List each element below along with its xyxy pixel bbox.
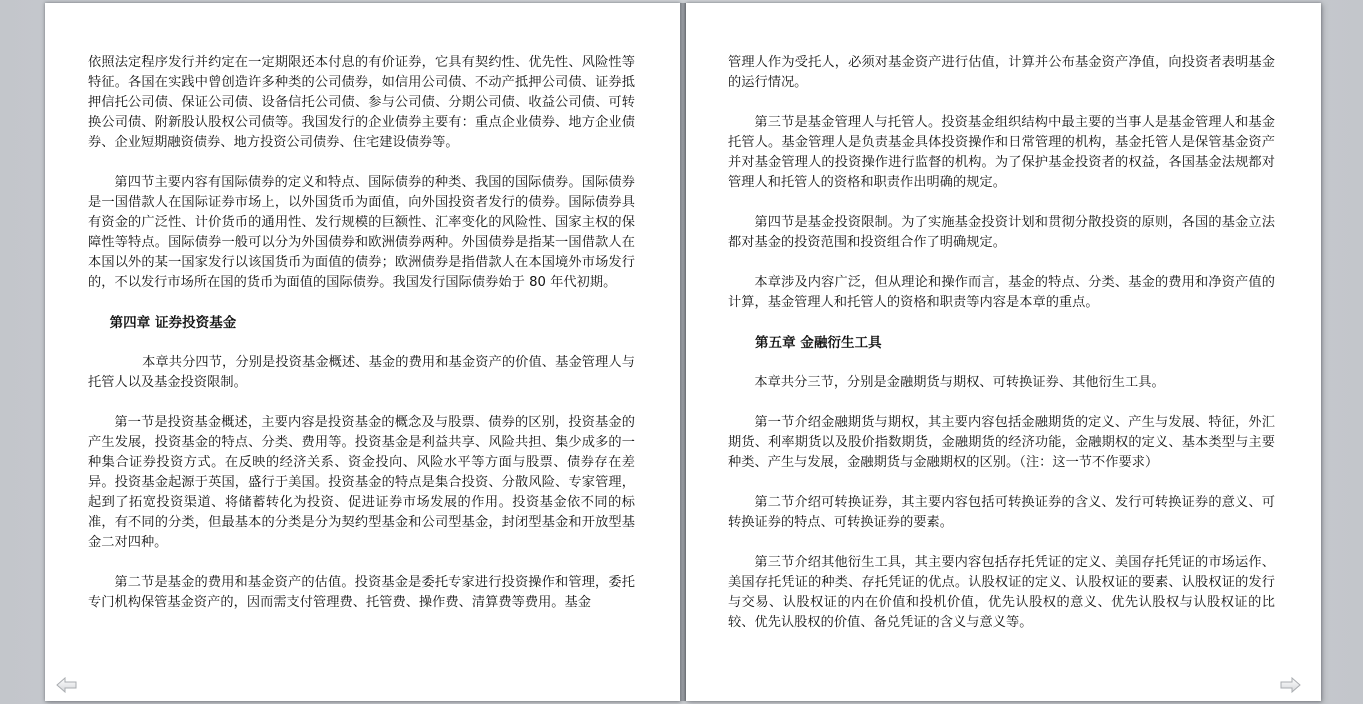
- document-viewer: 依照法定程序发行并约定在一定期限还本付息的有价证券，它具有契约性、优先性、风险性…: [0, 0, 1363, 704]
- paragraph: 第四节主要内容有国际债券的定义和特点、国际债券的种类、我国的国际债券。国际债券是…: [88, 173, 635, 293]
- right-page: 管理人作为受托人，必须对基金资产进行估值，计算并公布基金资产净值，向投资者表明基…: [686, 3, 1321, 701]
- paragraph: 第三节是基金管理人与托管人。投资基金组织结构中最主要的当事人是基金管理人和基金托…: [728, 113, 1275, 193]
- left-page: 依照法定程序发行并约定在一定期限还本付息的有价证券，它具有契约性、优先性、风险性…: [45, 3, 680, 701]
- left-page-content: 依照法定程序发行并约定在一定期限还本付息的有价证券，它具有契约性、优先性、风险性…: [88, 53, 635, 633]
- paragraph: 本章共分四节，分别是投资基金概述、基金的费用和基金资产的价值、基金管理人与托管人…: [88, 353, 635, 393]
- paragraph: 管理人作为受托人，必须对基金资产进行估值，计算并公布基金资产净值，向投资者表明基…: [728, 53, 1275, 93]
- paragraph: 第二节是基金的费用和基金资产的估值。投资基金是委托专家进行投资操作和管理，委托专…: [88, 573, 635, 613]
- arrow-left-icon: [56, 677, 78, 693]
- paragraph: 本章涉及内容广泛，但从理论和操作而言，基金的特点、分类、基金的费用和净资产值的计…: [728, 273, 1275, 313]
- right-page-content: 管理人作为受托人，必须对基金资产进行估值，计算并公布基金资产净值，向投资者表明基…: [728, 53, 1275, 653]
- paragraph: 第一节介绍金融期货与期权，其主要内容包括金融期货的定义、产生与发展、特征，外汇期…: [728, 413, 1275, 473]
- previous-page-button[interactable]: [56, 677, 78, 693]
- chapter-heading: 第五章 金融衍生工具: [728, 333, 1275, 353]
- paragraph: 第四节是基金投资限制。为了实施基金投资计划和贯彻分散投资的原则，各国的基金立法都…: [728, 213, 1275, 253]
- paragraph: 第二节介绍可转换证券，其主要内容包括可转换证券的含义、发行可转换证券的意义、可转…: [728, 493, 1275, 533]
- arrow-right-icon: [1279, 677, 1301, 693]
- next-page-button[interactable]: [1279, 677, 1301, 693]
- paragraph: 本章共分三节，分别是金融期货与期权、可转换证券、其他衍生工具。: [728, 373, 1275, 393]
- chapter-heading: 第四章 证券投资基金: [88, 313, 635, 333]
- paragraph: 第三节介绍其他衍生工具，其主要内容包括存托凭证的定义、美国存托凭证的市场运作、美…: [728, 553, 1275, 633]
- paragraph: 第一节是投资基金概述，主要内容是投资基金的概念及与股票、债券的区别，投资基金的产…: [88, 413, 635, 553]
- paragraph: 依照法定程序发行并约定在一定期限还本付息的有价证券，它具有契约性、优先性、风险性…: [88, 53, 635, 153]
